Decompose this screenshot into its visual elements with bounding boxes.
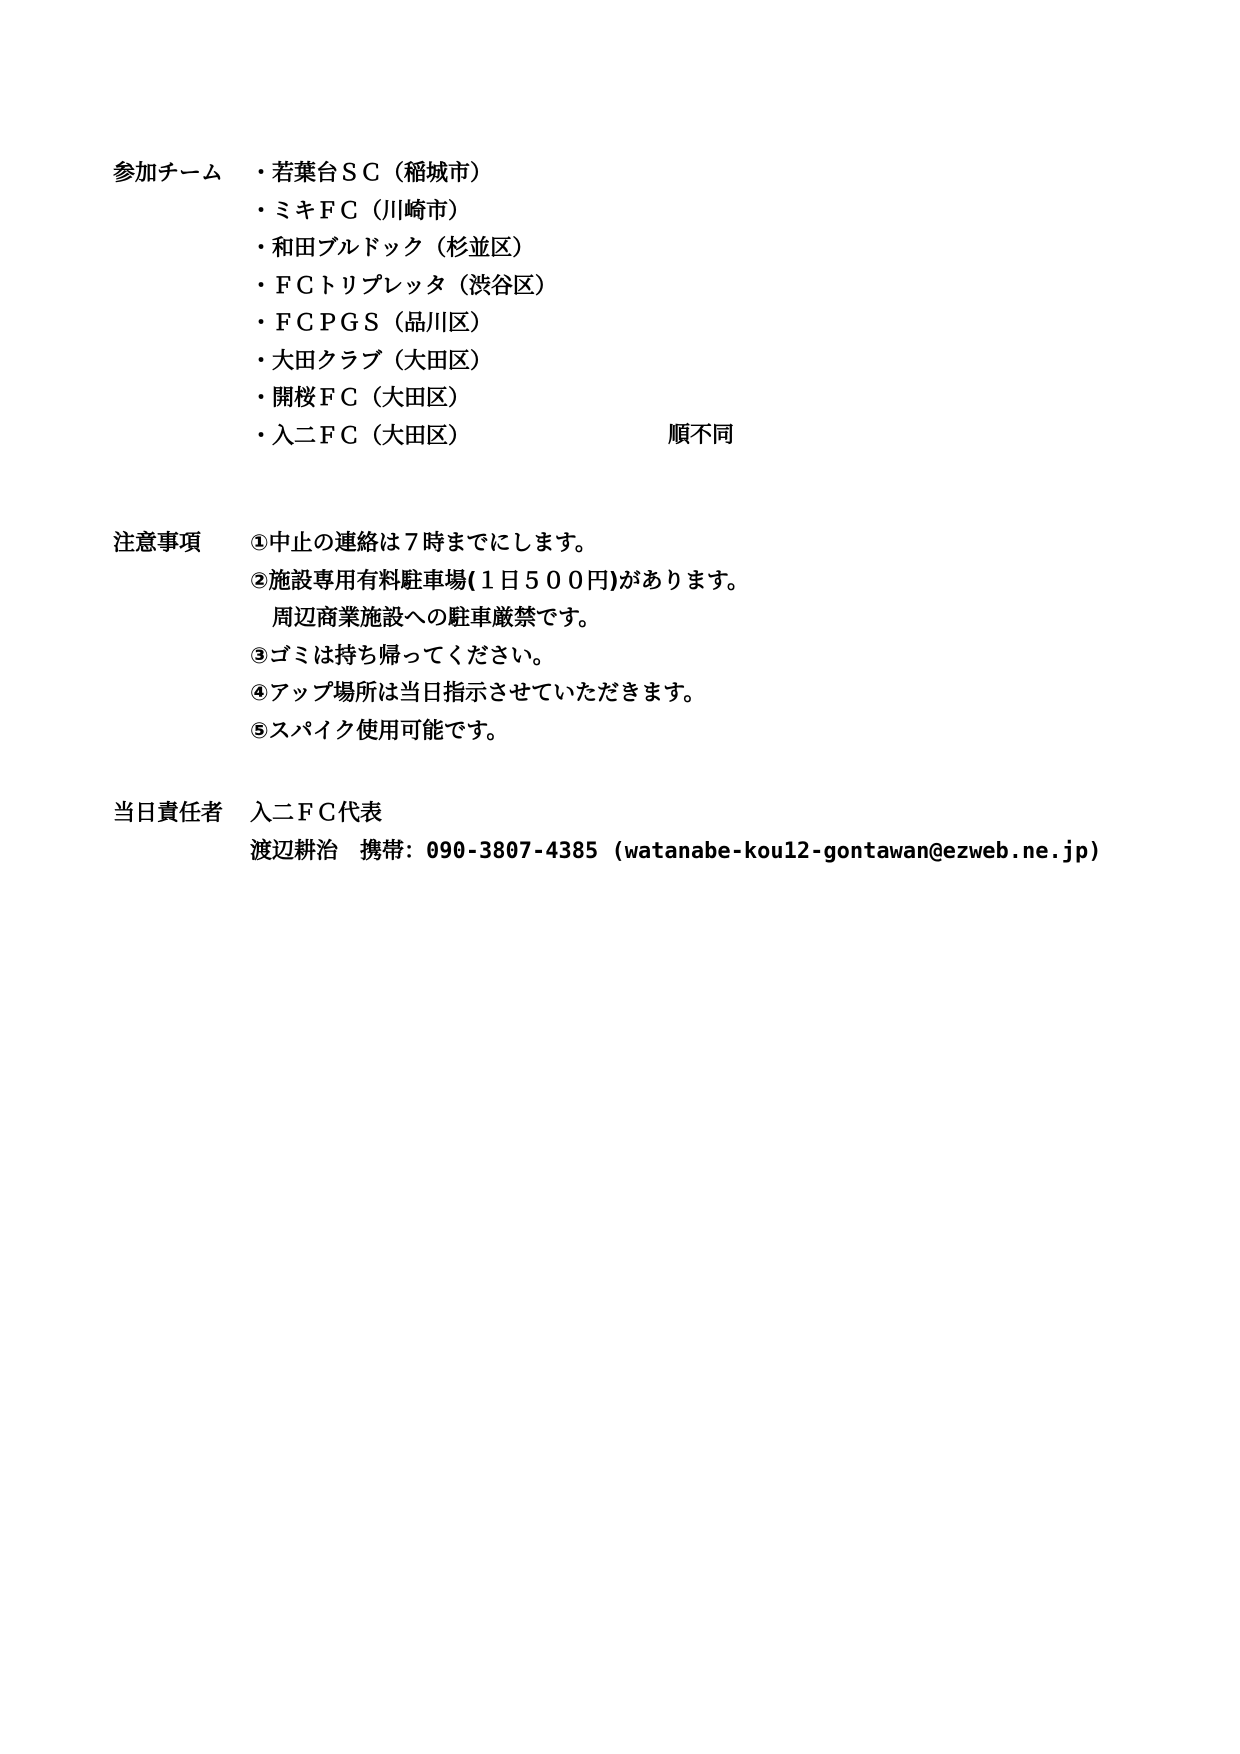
participants-list: ・若葉台ＳＣ（稲城市） ・ミキＦＣ（川崎市） ・和田ブルドック（杉並区） ・ＦＣ… [250,155,557,455]
notes-list: ①中止の連絡は７時までにします。 ②施設専用有料駐車場(１日５００円)があります… [250,525,749,750]
responsible-section: 当日責任者 入二ＦＣ代表 渡辺耕治 携帯：090-3807-4385 (wata… [113,795,1102,870]
team-item: ・大田クラブ（大田区） [250,343,557,381]
responsible-contact: 渡辺耕治 携帯：090-3807-4385 (watanabe-kou12-go… [250,833,1102,871]
note-item: 周辺商業施設への駐車厳禁です。 [250,600,749,638]
note-item: ②施設専用有料駐車場(１日５００円)があります。 [250,563,749,601]
team-item: ・和田ブルドック（杉並区） [250,230,557,268]
responsible-phone-email: 090-3807-4385 (watanabe-kou12-gontawan@e… [426,839,1102,864]
order-note: 順不同 [668,417,734,455]
team-item: ・ミキＦＣ（川崎市） [250,193,557,231]
team-item: ・入二ＦＣ（大田区） [250,418,557,456]
notes-section: 注意事項 ①中止の連絡は７時までにします。 ②施設専用有料駐車場(１日５００円)… [113,525,749,750]
responsible-info: 入二ＦＣ代表 渡辺耕治 携帯：090-3807-4385 (watanabe-k… [250,795,1102,870]
document-page: 参加チーム ・若葉台ＳＣ（稲城市） ・ミキＦＣ（川崎市） ・和田ブルドック（杉並… [0,0,1240,1754]
team-item: ・若葉台ＳＣ（稲城市） [250,155,557,193]
notes-label: 注意事項 [113,525,250,563]
team-item: ・ＦＣＰＧＳ（品川区） [250,305,557,343]
participants-label: 参加チーム [113,155,250,193]
note-item: ④アップ場所は当日指示させていただきます。 [250,675,749,713]
note-item: ①中止の連絡は７時までにします。 [250,525,749,563]
team-item: ・ＦＣトリプレッタ（渋谷区） [250,268,557,306]
responsible-role: 入二ＦＣ代表 [250,795,1102,833]
responsible-name: 渡辺耕治 携帯： [250,839,426,864]
responsible-label: 当日責任者 [113,795,250,833]
note-item: ③ゴミは持ち帰ってください。 [250,638,749,676]
note-item: ⑤スパイク使用可能です。 [250,713,749,751]
participants-section: 参加チーム ・若葉台ＳＣ（稲城市） ・ミキＦＣ（川崎市） ・和田ブルドック（杉並… [113,155,557,455]
team-item: ・開桜ＦＣ（大田区） [250,380,557,418]
